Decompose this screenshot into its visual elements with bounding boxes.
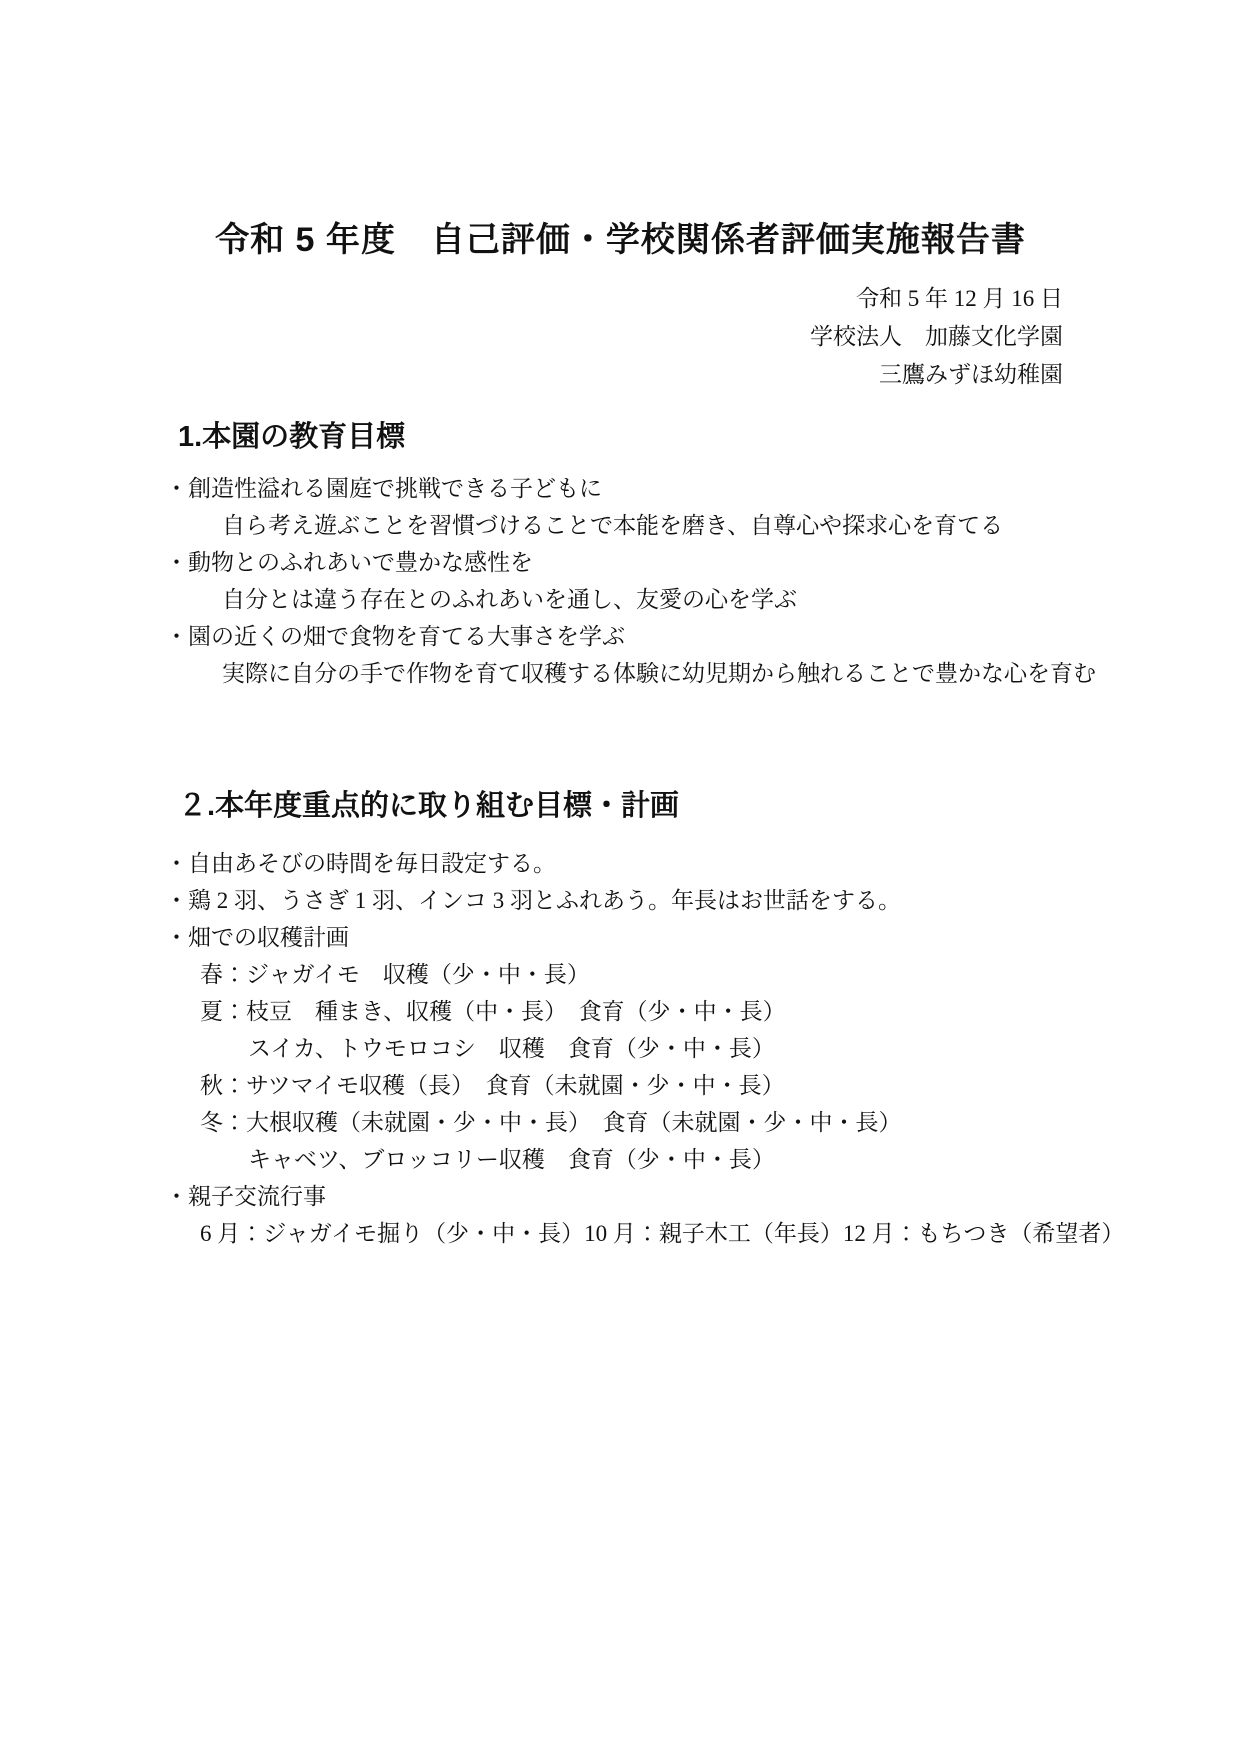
document-line: ・園の近くの畑で食物を育てる大事さを学ぶ bbox=[0, 618, 1241, 655]
document-line: ・自由あそびの時間を毎日設定する。 bbox=[0, 845, 1241, 882]
section-2-body: ・自由あそびの時間を毎日設定する。 ・鶏 2 羽、うさぎ 1 羽、インコ 3 羽… bbox=[0, 845, 1241, 1252]
document-line: 6 月：ジャガイモ掘り（少・中・長）10 月：親子木工（年長）12 月：もちつき… bbox=[0, 1215, 1241, 1252]
document-page: 令和 5 年度 自己評価・学校関係者評価実施報告書 令和 5 年 12 月 16… bbox=[0, 0, 1241, 1755]
document-line: 夏：枝豆 種まき、収穫（中・長） 食育（少・中・長） bbox=[0, 993, 1241, 1030]
document-line: 秋：サツマイモ収穫（長） 食育（未就園・少・中・長） bbox=[0, 1067, 1241, 1104]
document-line: ・鶏 2 羽、うさぎ 1 羽、インコ 3 羽とふれあう。年長はお世話をする。 bbox=[0, 882, 1241, 919]
document-line: 冬：大根収穫（未就園・少・中・長） 食育（未就園・少・中・長） bbox=[0, 1104, 1241, 1141]
document-line: ・畑での収穫計画 bbox=[0, 919, 1241, 956]
section-1-body: ・創造性溢れる園庭で挑戦できる子どもに 自ら考え遊ぶことを習慣づけることで本能を… bbox=[0, 470, 1241, 692]
corporation-line: 学校法人 加藤文化学園 bbox=[0, 318, 1063, 356]
document-line: ・創造性溢れる園庭で挑戦できる子どもに bbox=[0, 470, 1241, 507]
document-title: 令和 5 年度 自己評価・学校関係者評価実施報告書 bbox=[0, 0, 1241, 260]
document-meta-block: 令和 5 年 12 月 16 日 学校法人 加藤文化学園 三鷹みずほ幼稚園 bbox=[0, 280, 1241, 394]
document-line: 春：ジャガイモ 収穫（少・中・長） bbox=[0, 956, 1241, 993]
document-line: ・親子交流行事 bbox=[0, 1178, 1241, 1215]
document-line: 自分とは違う存在とのふれあいを通し、友愛の心を学ぶ bbox=[0, 581, 1241, 618]
document-line: ・動物とのふれあいで豊かな感性を bbox=[0, 544, 1241, 581]
document-line: スイカ、トウモロコシ 収穫 食育（少・中・長） bbox=[0, 1030, 1241, 1067]
section-2-heading: ２.本年度重点的に取り組む目標・計画 bbox=[0, 789, 1241, 823]
document-line: 実際に自分の手で作物を育て収穫する体験に幼児期から触れることで豊かな心を育む bbox=[0, 655, 1241, 692]
school-line: 三鷹みずほ幼稚園 bbox=[0, 356, 1063, 394]
date-line: 令和 5 年 12 月 16 日 bbox=[0, 280, 1063, 318]
section-1-heading: 1.本園の教育目標 bbox=[0, 420, 1241, 454]
document-line: キャベツ、ブロッコリー収穫 食育（少・中・長） bbox=[0, 1141, 1241, 1178]
document-line: 自ら考え遊ぶことを習慣づけることで本能を磨き、自尊心や探求心を育てる bbox=[0, 507, 1241, 544]
